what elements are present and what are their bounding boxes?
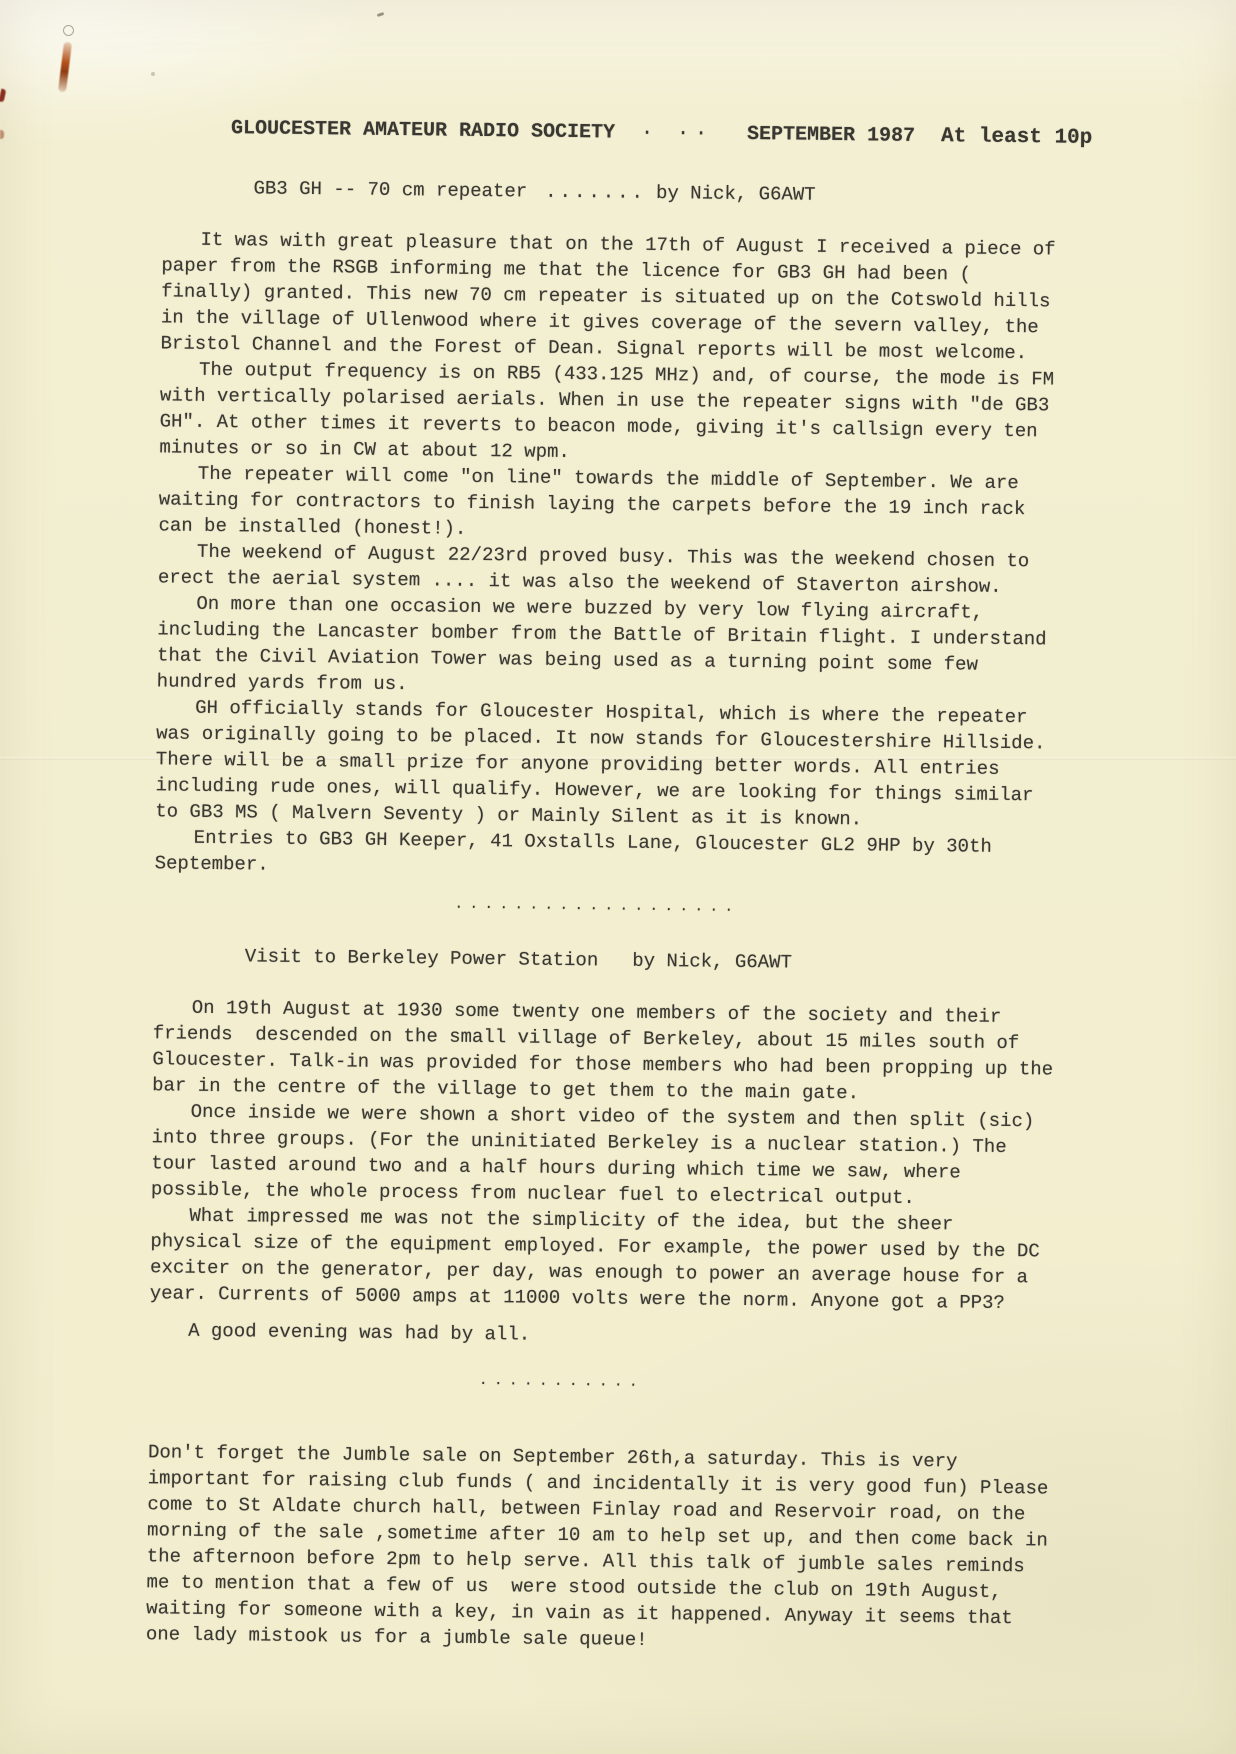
issue-price: At least 10p (941, 125, 1092, 150)
article-title: GB3 GH -- 70 cm repeater (253, 177, 527, 202)
society-name: GLOUCESTER AMATEUR RADIO SOCIETY (231, 117, 615, 144)
masthead: GLOUCESTER AMATEUR RADIO SOCIETY· ··SEPT… (163, 115, 1136, 152)
paragraph-entries-address: Entries to GB3 GH Keeper, 41 Oxstalls La… (155, 824, 1061, 886)
paragraph-licence-granted: It was with great pleasure that on the 1… (160, 226, 1066, 366)
article-byline: by Nick, G6AWT (632, 950, 792, 974)
article-byline: by Nick, G6AWT (656, 182, 816, 206)
section-divider-dots: ................... (454, 895, 1227, 924)
article-title-line: GB3 GH -- 70 cm repeater.......by Nick, … (162, 148, 1068, 236)
masthead-separator-dots: · ·· (641, 122, 713, 146)
paragraph-good-evening: A good evening was had by all. (149, 1317, 1054, 1353)
section-divider-dots: ........... (479, 1371, 1222, 1399)
article-berkeley-visit: Visit to Berkeley Power Stationby Nick, … (149, 916, 1059, 1353)
page-content: GLOUCESTER AMATEUR RADIO SOCIETY· ··SEPT… (0, 0, 1236, 1659)
issue-date: SEPTEMBER 1987 (747, 123, 915, 148)
paragraph-berkeley-impressions: What impressed me was not the simplicity… (150, 1202, 1056, 1316)
paragraph-berkeley-tour: Once inside we were shown a short video … (151, 1098, 1057, 1212)
article-title: Visit to Berkeley Power Station (245, 945, 599, 971)
newsletter-page: GLOUCESTER AMATEUR RADIO SOCIETY· ··SEPT… (0, 0, 1236, 1754)
paragraph-gh-meaning: GH officially stands for Gloucester Hosp… (155, 694, 1061, 834)
article-title-line: Visit to Berkeley Power Stationby Nick, … (153, 916, 1059, 1004)
notice-jumble-sale: Don't forget the Jumble sale on Septembe… (146, 1439, 1053, 1657)
title-dots: ....... (545, 181, 646, 204)
paragraph-low-flying-aircraft: On more than one occasion we were buzzed… (157, 590, 1063, 704)
paragraph-output-frequency: The output frequency is on RB5 (433.125 … (159, 356, 1065, 470)
paragraph-jumble-sale: Don't forget the Jumble sale on Septembe… (146, 1439, 1053, 1657)
article-gb3gh-repeater: GB3 GH -- 70 cm repeater.......by Nick, … (155, 148, 1068, 886)
paragraph-berkeley-arrival: On 19th August at 1930 some twenty one m… (152, 994, 1058, 1108)
paragraph-on-line-september: The repeater will come "on line" towards… (158, 460, 1064, 548)
